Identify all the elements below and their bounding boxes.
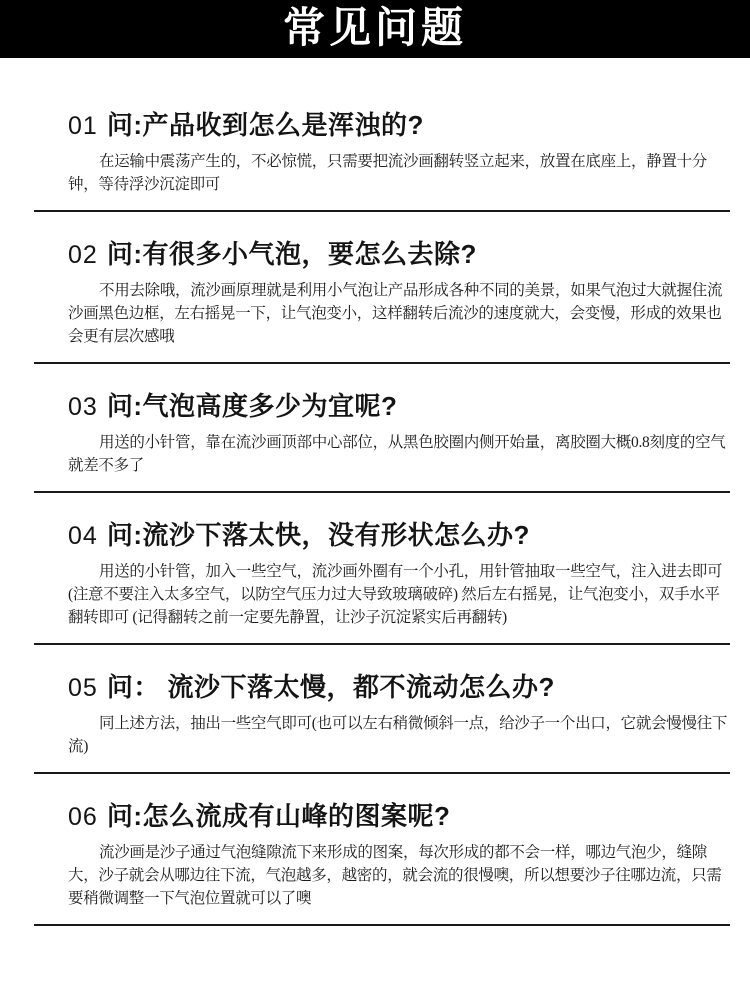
faq-question-line: 05 问： 流沙下落太慢，都不流动怎么办?: [68, 670, 728, 705]
faq-item-body: 02 问:有很多小气泡，要怎么去除? 不用去除哦，流沙画原理就是利用小气泡让产品…: [0, 212, 750, 362]
faq-answer: 不用去除哦，流沙画原理就是利用小气泡让产品形成各种不同的美景，如果气泡过大就握住…: [68, 279, 728, 348]
faq-answer: 用送的小针管，加入一些空气，流沙画外圈有一个小孔，用针管抽取一些空气，注入进去即…: [68, 560, 728, 629]
faq-question: 问： 流沙下落太慢，都不流动怎么办?: [107, 670, 555, 704]
faq-question-line: 03 问:气泡高度多少为宜呢?: [68, 389, 728, 424]
faq-question: 问:气泡高度多少为宜呢?: [107, 389, 398, 423]
faq-question: 问:产品收到怎么是浑浊的?: [107, 108, 424, 142]
faq-number: 03: [68, 390, 98, 424]
faq-question: 问:有很多小气泡，要怎么去除?: [107, 237, 477, 271]
faq-number: 06: [68, 800, 98, 834]
faq-item-body: 01 问:产品收到怎么是浑浊的? 在运输中震荡产生的，不必惊慌，只需要把流沙画翻…: [0, 58, 750, 210]
faq-answer: 在运输中震荡产生的，不必惊慌，只需要把流沙画翻转竖立起来，放置在底座上，静置十分…: [68, 150, 728, 196]
faq-number: 01: [68, 109, 98, 143]
faq-item-body: 06 问:怎么流成有山峰的图案呢? 流沙画是沙子通过气泡缝隙流下来形成的图案，每…: [0, 774, 750, 924]
faq-question: 问:怎么流成有山峰的图案呢?: [107, 799, 451, 833]
faq-number: 02: [68, 238, 98, 272]
faq-question-line: 02 问:有很多小气泡，要怎么去除?: [68, 237, 728, 272]
faq-item-6: 06 问:怎么流成有山峰的图案呢? 流沙画是沙子通过气泡缝隙流下来形成的图案，每…: [0, 774, 750, 926]
faq-answer: 流沙画是沙子通过气泡缝隙流下来形成的图案，每次形成的都不会一样，哪边气泡少，缝隙…: [68, 841, 728, 910]
section-divider: [34, 924, 730, 926]
faq-item-4: 04 问:流沙下落太快，没有形状怎么办? 用送的小针管，加入一些空气，流沙画外圈…: [0, 493, 750, 645]
faq-question-line: 01 问:产品收到怎么是浑浊的?: [68, 108, 728, 143]
faq-item-body: 04 问:流沙下落太快，没有形状怎么办? 用送的小针管，加入一些空气，流沙画外圈…: [0, 493, 750, 643]
faq-item-body: 03 问:气泡高度多少为宜呢? 用送的小针管，靠在流沙画顶部中心部位，从黑色胶圈…: [0, 364, 750, 491]
faq-item-3: 03 问:气泡高度多少为宜呢? 用送的小针管，靠在流沙画顶部中心部位，从黑色胶圈…: [0, 364, 750, 493]
faq-item-5: 05 问： 流沙下落太慢，都不流动怎么办? 同上述方法，抽出一些空气即可(也可以…: [0, 645, 750, 774]
faq-number: 04: [68, 519, 98, 553]
faq-page: 常见问题 01 问:产品收到怎么是浑浊的? 在运输中震荡产生的，不必惊慌，只需要…: [0, 0, 750, 926]
faq-question: 问:流沙下落太快，没有形状怎么办?: [107, 518, 530, 552]
faq-number: 05: [68, 671, 98, 705]
faq-answer: 用送的小针管，靠在流沙画顶部中心部位，从黑色胶圈内侧开始量，离胶圈大概0.8刻度…: [68, 431, 728, 477]
faq-question-line: 06 问:怎么流成有山峰的图案呢?: [68, 799, 728, 834]
page-title: 常见问题: [283, 8, 467, 50]
faq-question-line: 04 问:流沙下落太快，没有形状怎么办?: [68, 518, 728, 553]
faq-answer: 同上述方法，抽出一些空气即可(也可以左右稍微倾斜一点，给沙子一个出口，它就会慢慢…: [68, 712, 728, 758]
faq-item-body: 05 问： 流沙下落太慢，都不流动怎么办? 同上述方法，抽出一些空气即可(也可以…: [0, 645, 750, 772]
faq-item-1: 01 问:产品收到怎么是浑浊的? 在运输中震荡产生的，不必惊慌，只需要把流沙画翻…: [0, 58, 750, 212]
faq-item-2: 02 问:有很多小气泡，要怎么去除? 不用去除哦，流沙画原理就是利用小气泡让产品…: [0, 212, 750, 364]
header-banner: 常见问题: [0, 0, 750, 58]
